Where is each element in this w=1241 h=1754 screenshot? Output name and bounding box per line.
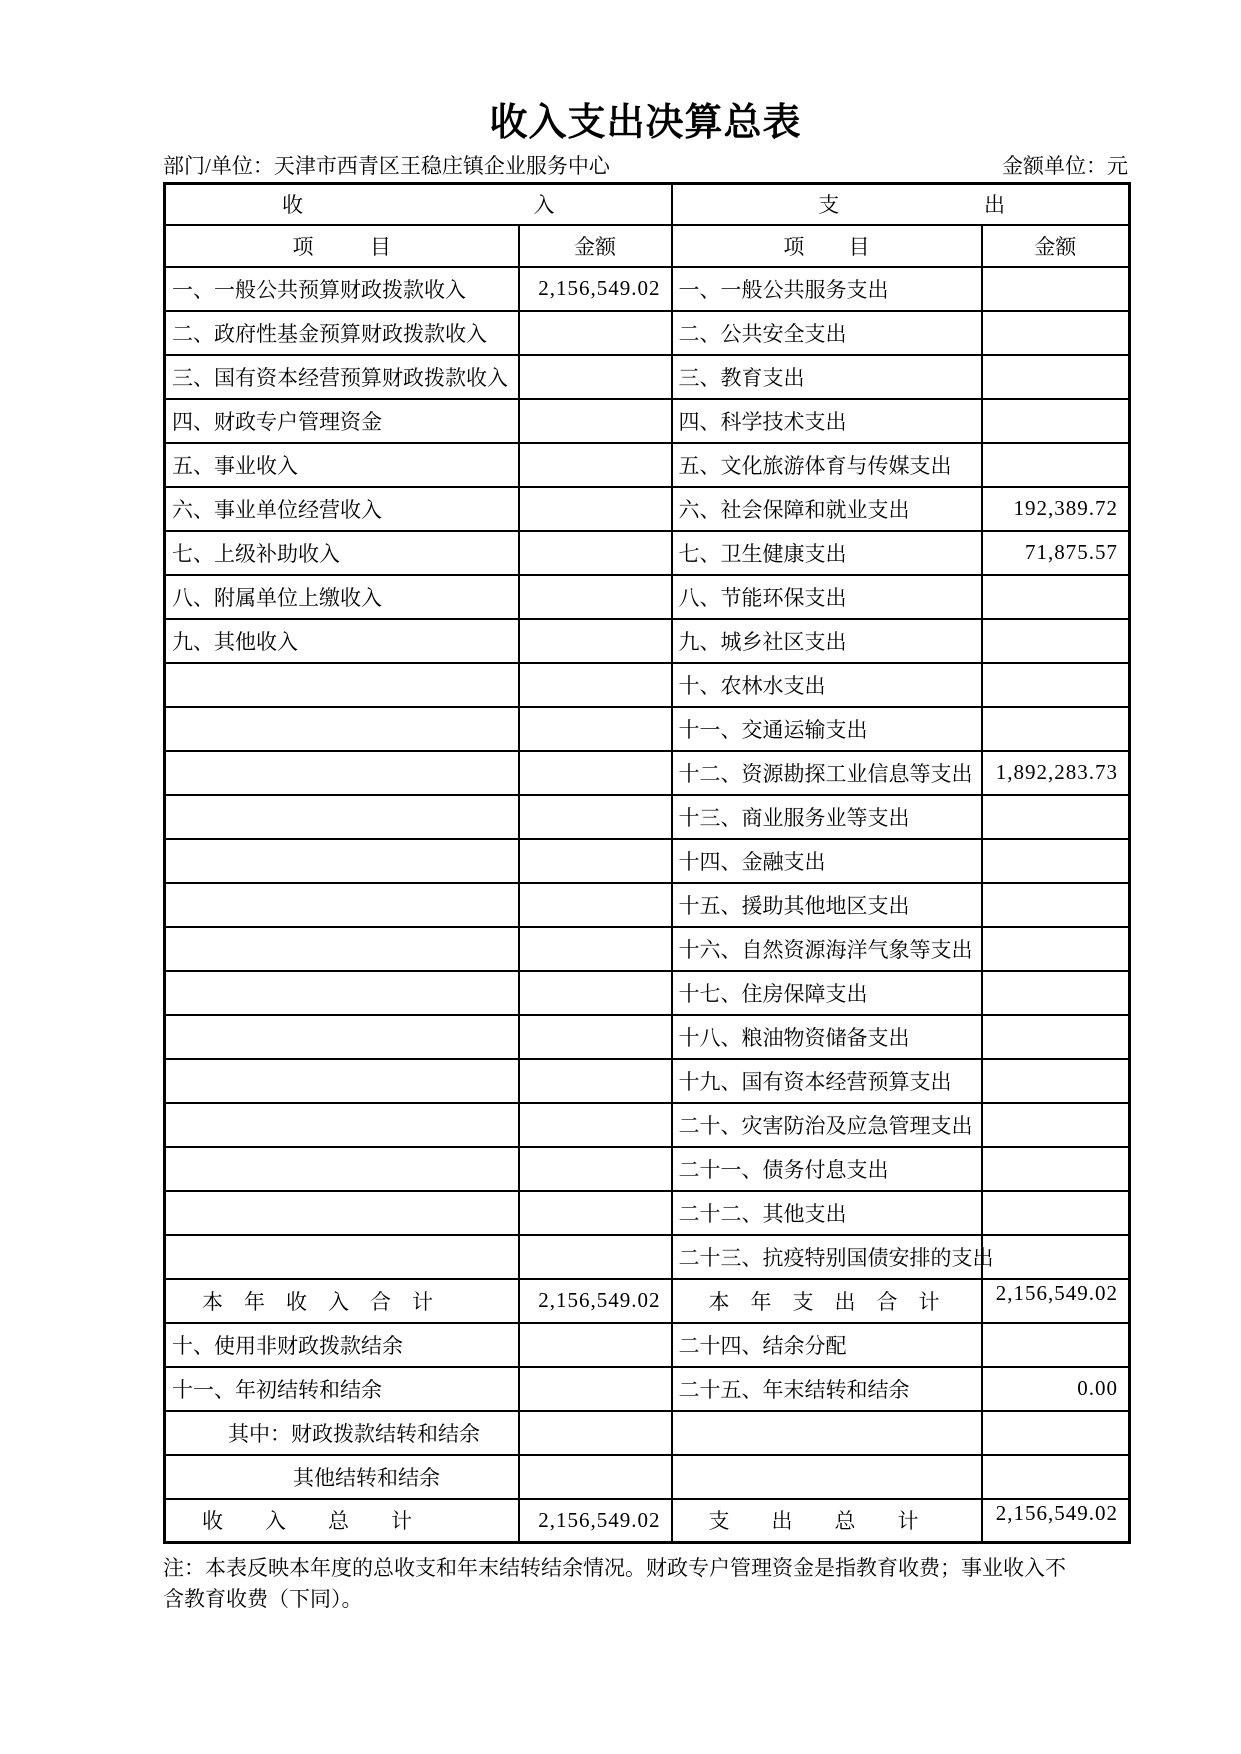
expense-amount-cell bbox=[982, 707, 1130, 751]
expense-amount-cell bbox=[982, 575, 1130, 619]
income-item-cell bbox=[165, 707, 519, 751]
income-item-cell bbox=[165, 795, 519, 839]
table-row: 五、事业收入 五、文化旅游体育与传媒支出 bbox=[165, 443, 1130, 487]
income-amount-cell bbox=[519, 927, 672, 971]
income-item-cell: 二、政府性基金预算财政拨款收入 bbox=[165, 311, 519, 355]
income-amount-cell bbox=[519, 839, 672, 883]
expense-amount-cell bbox=[982, 267, 1130, 311]
table-row: 二十、灾害防治及应急管理支出 bbox=[165, 1103, 1130, 1147]
income-item-cell: 八、附属单位上缴收入 bbox=[165, 575, 519, 619]
expense-amount-cell bbox=[982, 1411, 1130, 1455]
expense-amount-cell: 0.00 bbox=[982, 1367, 1130, 1411]
income-amount-cell bbox=[519, 751, 672, 795]
expense-item-cell: 六、社会保障和就业支出 bbox=[672, 487, 982, 531]
expense-section-header: 支出 bbox=[672, 184, 1130, 225]
table-row: 三、国有资本经营预算财政拨款收入 三、教育支出 bbox=[165, 355, 1130, 399]
income-amount-cell bbox=[519, 399, 672, 443]
income-amount-cell bbox=[519, 575, 672, 619]
expense-amount-cell: 71,875.57 bbox=[982, 531, 1130, 575]
income-item-cell bbox=[165, 839, 519, 883]
footnote-line-1: 注：本表反映本年度的总收支和年末结转结余情况。财政专户管理资金是指教育收费；事业… bbox=[163, 1553, 1128, 1584]
expense-amount-cell bbox=[982, 399, 1130, 443]
income-amount-cell bbox=[519, 883, 672, 927]
expense-item-cell bbox=[672, 1455, 982, 1499]
expense-item-cell: 二、公共安全支出 bbox=[672, 311, 982, 355]
income-item-cell: 十一、年初结转和结余 bbox=[165, 1367, 519, 1411]
income-amount-cell bbox=[519, 1059, 672, 1103]
expense-item-cell: 九、城乡社区支出 bbox=[672, 619, 982, 663]
income-item-cell: 四、财政专户管理资金 bbox=[165, 399, 519, 443]
income-item-cell bbox=[165, 971, 519, 1015]
expense-item-cell: 十七、住房保障支出 bbox=[672, 971, 982, 1015]
expense-amount-cell bbox=[982, 1191, 1130, 1235]
income-amount-cell bbox=[519, 1147, 672, 1191]
table-row: 十五、援助其他地区支出 bbox=[165, 883, 1130, 927]
expense-amount-cell bbox=[982, 971, 1130, 1015]
income-grand-total-amount: 2,156,549.02 bbox=[519, 1499, 672, 1543]
expense-amount-cell bbox=[982, 1015, 1130, 1059]
expense-amount-cell bbox=[982, 663, 1130, 707]
expense-item-cell: 十八、粮油物资储备支出 bbox=[672, 1015, 982, 1059]
income-amount-cell bbox=[519, 1235, 672, 1279]
department-unit-label: 部门/单位：天津市西青区王稳庄镇企业服务中心 bbox=[163, 153, 610, 180]
income-amount-cell bbox=[519, 619, 672, 663]
document-page: 收入支出决算总表 部门/单位：天津市西青区王稳庄镇企业服务中心 金额单位：元 收… bbox=[0, 0, 1241, 1754]
income-amount-cell bbox=[519, 355, 672, 399]
expense-item-cell: 十三、商业服务业等支出 bbox=[672, 795, 982, 839]
income-item-cell: 七、上级补助收入 bbox=[165, 531, 519, 575]
expense-item-cell: 二十、灾害防治及应急管理支出 bbox=[672, 1103, 982, 1147]
income-amount-cell bbox=[519, 1191, 672, 1235]
annual-income-total-label: 本 年 收 入 合 计 bbox=[165, 1279, 519, 1323]
table-row: 十四、金融支出 bbox=[165, 839, 1130, 883]
income-amount-cell bbox=[519, 707, 672, 751]
expense-item-cell: 十四、金融支出 bbox=[672, 839, 982, 883]
expense-item-cell: 二十一、债务付息支出 bbox=[672, 1147, 982, 1191]
expense-grand-total-label: 支 出 总 计 bbox=[672, 1499, 982, 1543]
table-row: 其中：财政拨款结转和结余 bbox=[165, 1411, 1130, 1455]
section-header-row: 收入 支出 bbox=[165, 184, 1130, 225]
footnote: 注：本表反映本年度的总收支和年末结转结余情况。财政专户管理资金是指教育收费；事业… bbox=[163, 1553, 1128, 1615]
income-item-cell: 三、国有资本经营预算财政拨款收入 bbox=[165, 355, 519, 399]
income-item-cell bbox=[165, 1059, 519, 1103]
annual-total-row: 本 年 收 入 合 计 2,156,549.02 本 年 支 出 合 计 2,1… bbox=[165, 1279, 1130, 1323]
expense-item-cell: 四、科学技术支出 bbox=[672, 399, 982, 443]
expense-item-column-header: 项目 bbox=[672, 225, 982, 267]
annual-income-total-amount: 2,156,549.02 bbox=[519, 1279, 672, 1323]
income-amount-cell bbox=[519, 1015, 672, 1059]
income-item-cell bbox=[165, 1235, 519, 1279]
expense-item-cell: 十五、援助其他地区支出 bbox=[672, 883, 982, 927]
income-amount-cell bbox=[519, 795, 672, 839]
expense-amount-column-header: 金额 bbox=[982, 225, 1130, 267]
page-title: 收入支出决算总表 bbox=[163, 100, 1128, 146]
grand-total-row: 收 入 总 计 2,156,549.02 支 出 总 计 2,156,549.0… bbox=[165, 1499, 1130, 1543]
expense-item-cell: 八、节能环保支出 bbox=[672, 575, 982, 619]
expense-item-cell: 十九、国有资本经营预算支出 bbox=[672, 1059, 982, 1103]
expense-amount-cell bbox=[982, 839, 1130, 883]
expense-amount-cell: 1,892,283.73 bbox=[982, 751, 1130, 795]
income-amount-column-header: 金额 bbox=[519, 225, 672, 267]
income-item-cell bbox=[165, 927, 519, 971]
income-item-cell bbox=[165, 663, 519, 707]
expense-item-cell: 二十三、抗疫特别国债安排的支出 bbox=[672, 1235, 982, 1279]
expense-amount-cell bbox=[982, 1235, 1130, 1279]
income-amount-cell bbox=[519, 1455, 672, 1499]
table-row: 四、财政专户管理资金 四、科学技术支出 bbox=[165, 399, 1130, 443]
table-row: 二十三、抗疫特别国债安排的支出 bbox=[165, 1235, 1130, 1279]
table-row: 二十二、其他支出 bbox=[165, 1191, 1130, 1235]
expense-amount-cell bbox=[982, 443, 1130, 487]
income-amount-cell bbox=[519, 1411, 672, 1455]
income-grand-total-label: 收 入 总 计 bbox=[165, 1499, 519, 1543]
income-amount-cell bbox=[519, 1103, 672, 1147]
expense-amount-cell bbox=[982, 1103, 1130, 1147]
table-row: 十、使用非财政拨款结余 二十四、结余分配 bbox=[165, 1323, 1130, 1367]
table-row: 八、附属单位上缴收入 八、节能环保支出 bbox=[165, 575, 1130, 619]
document-content: 收入支出决算总表 部门/单位：天津市西青区王稳庄镇企业服务中心 金额单位：元 收… bbox=[163, 0, 1128, 1615]
expense-item-cell: 五、文化旅游体育与传媒支出 bbox=[672, 443, 982, 487]
expense-grand-total-amount: 2,156,549.02 bbox=[982, 1499, 1130, 1543]
income-item-cell: 其中：财政拨款结转和结余 bbox=[165, 1411, 519, 1455]
table-row: 十七、住房保障支出 bbox=[165, 971, 1130, 1015]
income-item-cell bbox=[165, 751, 519, 795]
income-item-cell bbox=[165, 883, 519, 927]
expense-amount-cell bbox=[982, 311, 1130, 355]
income-amount-cell bbox=[519, 487, 672, 531]
table-row: 六、事业单位经营收入 六、社会保障和就业支出 192,389.72 bbox=[165, 487, 1130, 531]
income-amount-cell bbox=[519, 663, 672, 707]
table-row: 二、政府性基金预算财政拨款收入 二、公共安全支出 bbox=[165, 311, 1130, 355]
income-item-cell: 五、事业收入 bbox=[165, 443, 519, 487]
income-amount-cell bbox=[519, 1323, 672, 1367]
footnote-line-2: 含教育收费（下同）。 bbox=[163, 1584, 1128, 1615]
table-row: 九、其他收入 九、城乡社区支出 bbox=[165, 619, 1130, 663]
income-amount-cell: 2,156,549.02 bbox=[519, 267, 672, 311]
table-row: 十一、年初结转和结余 二十五、年末结转和结余 0.00 bbox=[165, 1367, 1130, 1411]
table-row: 十二、资源勘探工业信息等支出 1,892,283.73 bbox=[165, 751, 1130, 795]
income-amount-cell bbox=[519, 311, 672, 355]
income-amount-cell bbox=[519, 443, 672, 487]
expense-item-cell: 一、一般公共服务支出 bbox=[672, 267, 982, 311]
expense-amount-cell bbox=[982, 1323, 1130, 1367]
table-row: 其他结转和结余 bbox=[165, 1455, 1130, 1499]
expense-amount-cell bbox=[982, 927, 1130, 971]
expense-item-cell: 二十五、年末结转和结余 bbox=[672, 1367, 982, 1411]
expense-item-cell: 十一、交通运输支出 bbox=[672, 707, 982, 751]
meta-row: 部门/单位：天津市西青区王稳庄镇企业服务中心 金额单位：元 bbox=[163, 153, 1128, 180]
expense-amount-cell bbox=[982, 1455, 1130, 1499]
income-item-cell: 其他结转和结余 bbox=[165, 1455, 519, 1499]
table-row: 十、农林水支出 bbox=[165, 663, 1130, 707]
expense-amount-cell bbox=[982, 1147, 1130, 1191]
income-item-cell bbox=[165, 1147, 519, 1191]
income-item-cell: 九、其他收入 bbox=[165, 619, 519, 663]
table-row: 十九、国有资本经营预算支出 bbox=[165, 1059, 1130, 1103]
income-item-cell bbox=[165, 1015, 519, 1059]
amount-unit-label: 金额单位：元 bbox=[1002, 153, 1128, 180]
expense-item-cell: 二十四、结余分配 bbox=[672, 1323, 982, 1367]
income-item-cell: 十、使用非财政拨款结余 bbox=[165, 1323, 519, 1367]
income-amount-cell bbox=[519, 1367, 672, 1411]
expense-item-cell: 十六、自然资源海洋气象等支出 bbox=[672, 927, 982, 971]
expense-item-cell bbox=[672, 1411, 982, 1455]
expense-item-cell: 二十二、其他支出 bbox=[672, 1191, 982, 1235]
income-item-column-header: 项目 bbox=[165, 225, 519, 267]
table-row: 十一、交通运输支出 bbox=[165, 707, 1130, 751]
income-section-header: 收入 bbox=[165, 184, 672, 225]
income-item-cell bbox=[165, 1191, 519, 1235]
expense-amount-cell: 192,389.72 bbox=[982, 487, 1130, 531]
expense-item-cell: 七、卫生健康支出 bbox=[672, 531, 982, 575]
income-item-cell: 一、一般公共预算财政拨款收入 bbox=[165, 267, 519, 311]
expense-amount-cell bbox=[982, 1059, 1130, 1103]
column-header-row: 项目 金额 项目 金额 bbox=[165, 225, 1130, 267]
table-row: 一、一般公共预算财政拨款收入 2,156,549.02 一、一般公共服务支出 bbox=[165, 267, 1130, 311]
annual-expense-total-amount: 2,156,549.02 bbox=[982, 1279, 1130, 1323]
income-amount-cell bbox=[519, 531, 672, 575]
table-row: 十八、粮油物资储备支出 bbox=[165, 1015, 1130, 1059]
expense-amount-cell bbox=[982, 355, 1130, 399]
table-row: 七、上级补助收入 七、卫生健康支出 71,875.57 bbox=[165, 531, 1130, 575]
expense-item-cell: 十、农林水支出 bbox=[672, 663, 982, 707]
annual-expense-total-label: 本 年 支 出 合 计 bbox=[672, 1279, 982, 1323]
expense-amount-cell bbox=[982, 795, 1130, 839]
expense-amount-cell bbox=[982, 619, 1130, 663]
income-item-cell bbox=[165, 1103, 519, 1147]
expense-item-cell: 三、教育支出 bbox=[672, 355, 982, 399]
income-item-cell: 六、事业单位经营收入 bbox=[165, 487, 519, 531]
expense-item-cell: 十二、资源勘探工业信息等支出 bbox=[672, 751, 982, 795]
table-row: 十三、商业服务业等支出 bbox=[165, 795, 1130, 839]
table-row: 十六、自然资源海洋气象等支出 bbox=[165, 927, 1130, 971]
income-expense-summary-table: 收入 支出 项目 金额 项目 金额 一、一般公共预算财政拨 bbox=[163, 182, 1131, 1544]
expense-amount-cell bbox=[982, 883, 1130, 927]
table-row: 二十一、债务付息支出 bbox=[165, 1147, 1130, 1191]
income-amount-cell bbox=[519, 971, 672, 1015]
